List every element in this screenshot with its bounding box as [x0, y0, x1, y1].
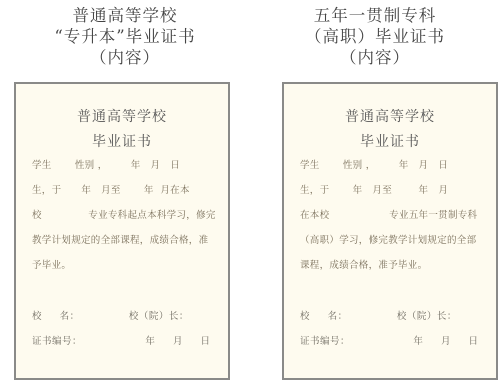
right-certificate-subtitle: 毕业证书: [284, 131, 496, 151]
right-footer-certificate-number: 证书编号： 年 月 日: [300, 333, 479, 347]
left-footer-certificate-number: 证书编号： 年 月 日: [32, 333, 211, 347]
right-certificate-title: 普通高等学校: [284, 106, 496, 126]
left-caption: 普通高等学校 “专升本”毕业证书 （内容）: [0, 5, 250, 68]
left-body-line-4: 教学计划规定的全部课程，成绩合格，准: [32, 232, 208, 246]
left-caption-line-3: （内容）: [0, 47, 250, 68]
left-body-line-1: 学生 性别 ， 年 月 日: [32, 157, 180, 171]
right-caption-line-3: （内容）: [250, 47, 500, 68]
right-caption-line-2: （高职）毕业证书: [250, 26, 500, 47]
right-caption: 五年一贯制专科 （高职）毕业证书 （内容）: [250, 5, 500, 68]
right-body-line-3: 在本校 专业五年一贯制专科: [300, 207, 477, 221]
left-certificate-title: 普通高等学校: [16, 106, 228, 126]
left-certificate-subtitle: 毕业证书: [16, 131, 228, 151]
left-body-line-5: 予毕业。: [32, 257, 71, 271]
right-body-line-4: （高职）学习，修完教学计划规定的全部: [300, 232, 476, 246]
right-footer-school-name: 校 名： 校（院）长：: [300, 308, 457, 322]
right-certificate-card: 普通高等学校 毕业证书 学生 性别 ， 年 月 日 生，于 年 月至 年 月 在…: [282, 82, 498, 380]
left-caption-line-1: 普通高等学校: [0, 5, 250, 26]
right-body-line-1: 学生 性别 ， 年 月 日: [300, 157, 448, 171]
right-body-line-2: 生，于 年 月至 年 月: [300, 182, 448, 196]
left-body-line-2: 生，于 年 月至 年 月在本: [32, 182, 190, 196]
right-caption-line-1: 五年一贯制专科: [250, 5, 500, 26]
left-caption-line-2: “专升本”毕业证书: [0, 26, 250, 47]
right-body-line-5: 课程，成绩合格，准予毕业。: [300, 257, 427, 271]
left-certificate-card: 普通高等学校 毕业证书 学生 性别 ， 年 月 日 生，于 年 月至 年 月在本…: [14, 82, 230, 380]
left-body-line-3: 校 专业专科起点本科学习，修完: [32, 207, 216, 221]
left-footer-school-name: 校 名： 校（院）长：: [32, 308, 189, 322]
